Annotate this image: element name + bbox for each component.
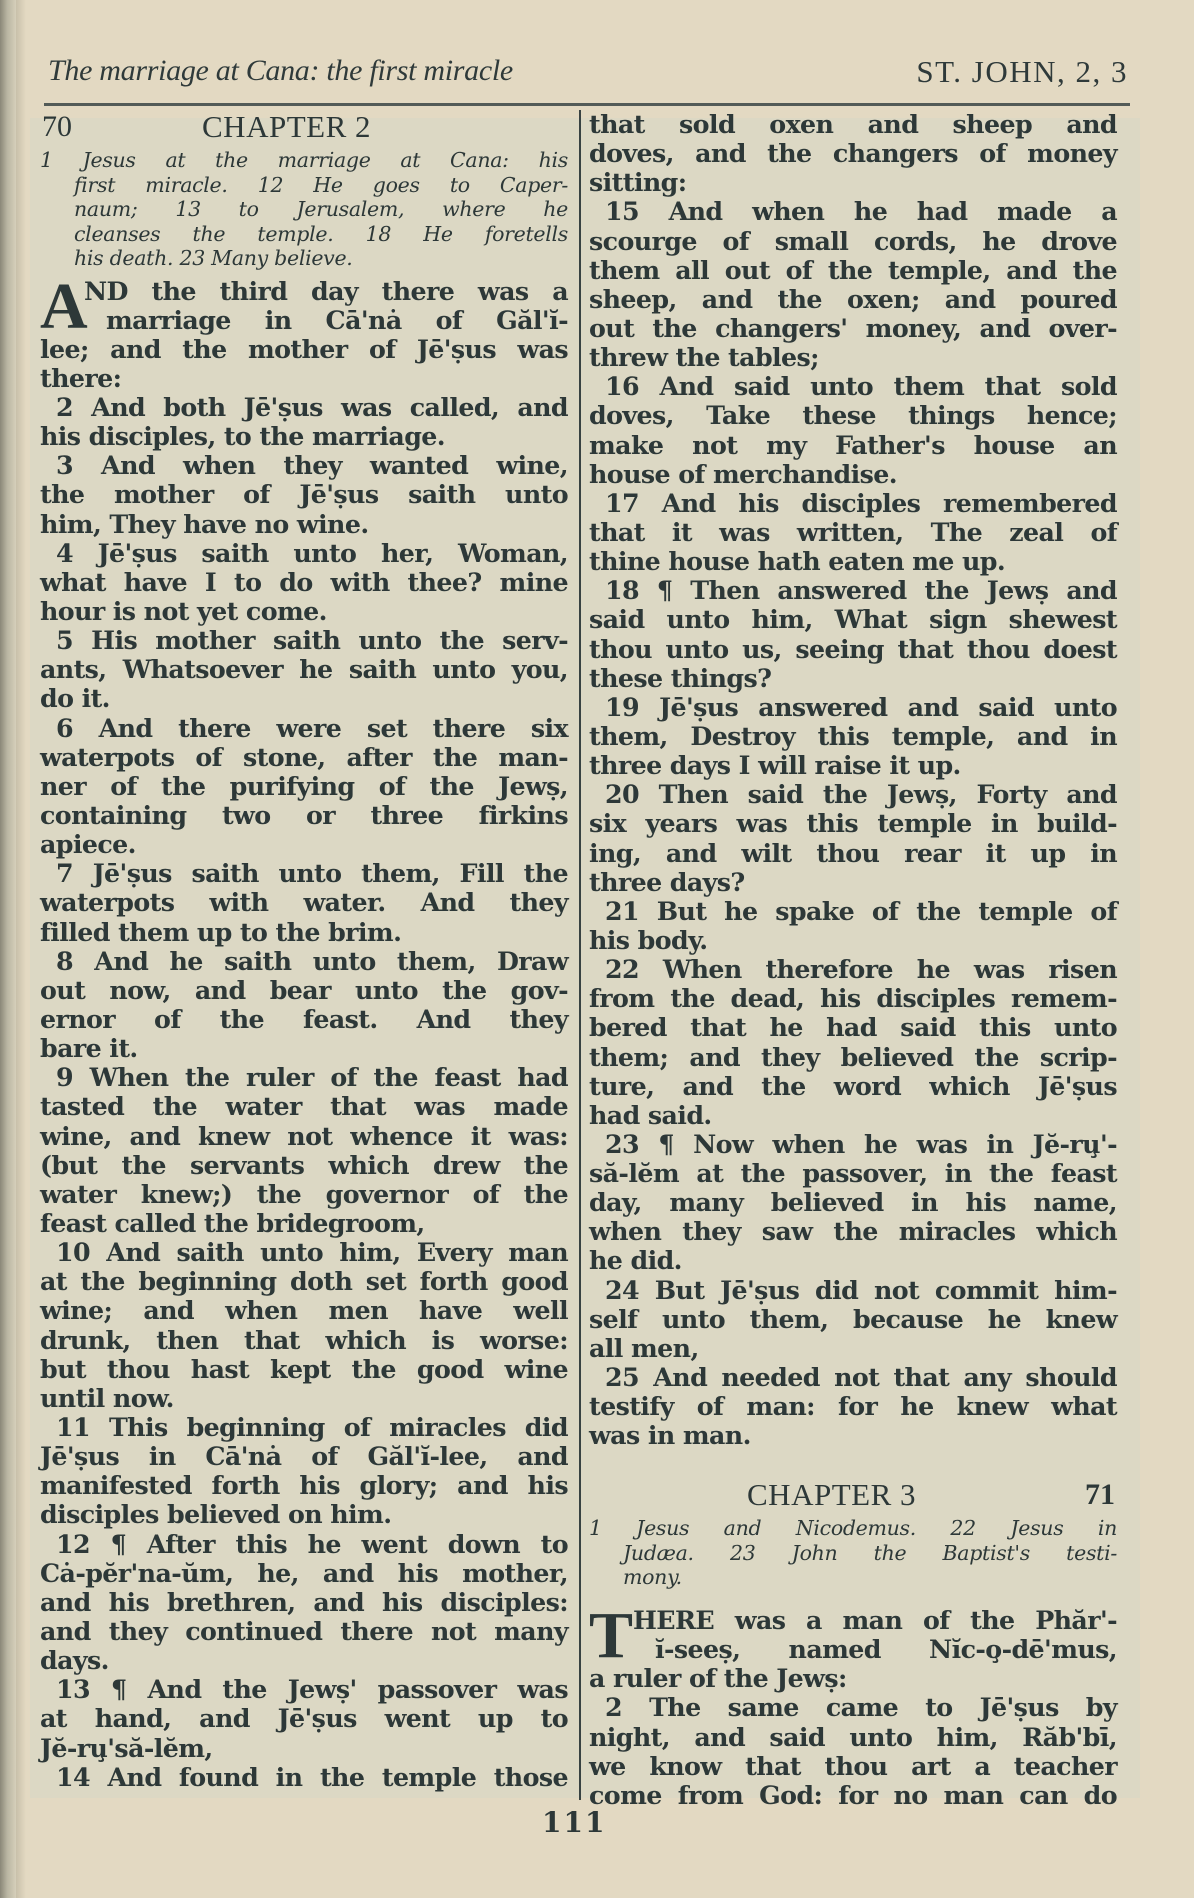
chapter-ordinal: 70 — [42, 112, 72, 141]
summary-line: first miracle. 12 He goes to Caper- — [40, 173, 568, 198]
verse-line: doves, and the changers of money — [589, 139, 1117, 168]
verse-line: 14 And found in the temple those — [40, 1763, 568, 1792]
verse-line: 24 But Jē'ṣus did not commit him- — [589, 1276, 1117, 1305]
verse-line: what have I to do with thee? mine — [40, 568, 568, 597]
verse-line: wine; and when men have well — [40, 1296, 568, 1325]
verse-line: ernor of the feast. And they — [40, 1005, 568, 1034]
verse-line: ner of the purifying of the Jewṣ, — [40, 772, 568, 801]
summary-line: mony. — [589, 1565, 1117, 1590]
verse-line: that sold oxen and sheep and — [589, 110, 1117, 139]
verse-line: 8 And he saith unto them, Draw — [40, 947, 568, 976]
running-head: The marriage at Cana: the first miracle … — [48, 54, 1128, 98]
verse-line: all men, — [589, 1334, 1117, 1363]
chapter-title: CHAPTER 3 — [747, 1480, 916, 1509]
verse-line: 3 And when they wanted wine, — [40, 451, 568, 480]
verse-line: day, many believed in his name, — [589, 1188, 1117, 1217]
verse-text: that sold oxen and sheep and doves, and … — [589, 110, 1117, 1450]
verse-line: ture, and the word which Jē'ṣus — [589, 1072, 1117, 1101]
verse-line: 10 And saith unto him, Every man — [40, 1238, 568, 1267]
verse-line: them; and they believed the scrip- — [589, 1043, 1117, 1072]
page-number: 111 — [542, 1806, 606, 1839]
verse-line: waterpots with water. And they — [40, 888, 568, 917]
verse-line: thou unto us, seeing that thou doest — [589, 635, 1117, 664]
verse-line: wine, and knew not whence it was: — [40, 1122, 568, 1151]
verse-line: 25 And needed not that any should — [589, 1363, 1117, 1392]
verse-line: make not my Father's house an — [589, 431, 1117, 460]
column-divider — [579, 110, 581, 1800]
verse-line: lee; and the mother of Jē'ṣus was — [40, 335, 568, 364]
verse-line: there: — [40, 364, 568, 393]
verse-line: house of merchandise. — [589, 460, 1117, 489]
verse-line: six years was this temple in build- — [589, 809, 1117, 838]
verse-line: three days I will raise it up. — [589, 751, 1117, 780]
verse-line: ing, and wilt thou rear it up in — [589, 839, 1117, 868]
verse-line: when they saw the miracles which — [589, 1217, 1117, 1246]
verse-line: 4 Jē'ṣus saith unto her, Woman, — [40, 539, 568, 568]
verse-line: thine house hath eaten me up. — [589, 547, 1117, 576]
verse-line: and they continued there not many — [40, 1617, 568, 1646]
verse-line: threw the tables; — [589, 343, 1117, 372]
verse-line: containing two or three firkins — [40, 801, 568, 830]
verse-line: 11 This beginning of miracles did — [40, 1413, 568, 1442]
verse-line: marriage in Cā'nȧ of Găl'ĭ- — [40, 306, 568, 335]
verse-line: Cȧ-pĕr'na-ŭm, he, and his mother, — [40, 1559, 568, 1588]
verse-line: out now, and bear unto the gov- — [40, 976, 568, 1005]
verse-line: 22 When therefore he was risen — [589, 955, 1117, 984]
summary-line: 1 Jesus at the marriage at Cana: his — [40, 148, 568, 173]
verse-line: ĭ-seeṣ, named Nĭc-o̧-dē'mus, — [589, 1635, 1117, 1664]
verse-line: his disciples, to the marriage. — [40, 422, 568, 451]
verse-line: come from God: for no man can do — [589, 1781, 1117, 1810]
verse-line: 18 ¶ Then answered the Jewṣ and — [589, 576, 1117, 605]
verse-line: self unto them, because he knew — [589, 1305, 1117, 1334]
chapter-3-heading: CHAPTER 3 71 — [589, 1480, 1117, 1516]
verse-line: at the beginning doth set forth good — [40, 1267, 568, 1296]
verse-line: să-lĕm at the passover, in the feast — [589, 1159, 1117, 1188]
verse-line: out the changers' money, and over- — [589, 314, 1117, 343]
chapter-ordinal: 71 — [1085, 1480, 1115, 1509]
chapter-2-summary: 1 Jesus at the marriage at Cana: his fir… — [40, 148, 568, 271]
verse-line: and his brethren, and his disciples: — [40, 1588, 568, 1617]
summary-line: his death. 23 Many believe. — [40, 246, 568, 271]
verse-line: sheep, and the oxen; and poured — [589, 285, 1117, 314]
verse-line: bare it. — [40, 1034, 568, 1063]
verse-line: 19 Jē'ṣus answered and said unto — [589, 693, 1117, 722]
verse-line: hour is not yet come. — [40, 597, 568, 626]
verse-line: doves, Take these things hence; — [589, 401, 1117, 430]
verse-line: but thou hast kept the good wine — [40, 1355, 568, 1384]
verse-line: apiece. — [40, 830, 568, 859]
right-column: that sold oxen and sheep and doves, and … — [589, 110, 1117, 1810]
verse-line: a ruler of the Jewṣ: — [589, 1664, 1117, 1693]
chapter-2-opening: A ND the third day there was a marriage … — [40, 277, 568, 335]
verse-line: 17 And his disciples remembered — [589, 489, 1117, 518]
gutter-shadow — [16, 0, 26, 1898]
verse-line: these things? — [589, 664, 1117, 693]
verse-line: scourge of small cords, he drove — [589, 227, 1117, 256]
verse-line: drunk, then that which is worse: — [40, 1326, 568, 1355]
verse-line: him, They have no wine. — [40, 510, 568, 539]
verse-line: said unto him, What sign shewest — [589, 605, 1117, 634]
summary-line: 1 Jesus and Nicodemus. 22 Jesus in — [589, 1516, 1117, 1541]
verse-line: feast called the bridegroom, — [40, 1209, 568, 1238]
verse-line: manifested forth his glory; and his — [40, 1471, 568, 1500]
verse-line: them all out of the temple, and the — [589, 256, 1117, 285]
verse-line: 9 When the ruler of the feast had — [40, 1063, 568, 1092]
verse-line: 5 His mother saith unto the serv- — [40, 626, 568, 655]
verse-line: 2 The same came to Jē'ṣus by — [589, 1693, 1117, 1722]
verse-line: do it. — [40, 684, 568, 713]
chapter-gap — [589, 1450, 1117, 1478]
verse-line: 20 Then said the Jewṣ, Forty and — [589, 780, 1117, 809]
verse-line: 23 ¶ Now when he was in Jĕ-ru̧'- — [589, 1130, 1117, 1159]
verse-line: was in man. — [589, 1421, 1117, 1450]
drop-cap: T — [589, 1608, 632, 1664]
verse-line: at hand, and Jē'ṣus went up to — [40, 1704, 568, 1733]
verse-line: Jē'ṣus in Cā'nȧ of Găl'ĭ-lee, and — [40, 1442, 568, 1471]
chapter-3-summary: 1 Jesus and Nicodemus. 22 Jesus in Judæa… — [589, 1516, 1117, 1590]
running-head-book-reference: ST. JOHN, 2, 3 — [916, 54, 1128, 90]
summary-line: cleanses the temple. 18 He foretells — [40, 222, 568, 247]
chapter-2-heading: 70 CHAPTER 2 — [40, 112, 568, 148]
verse-line: three days? — [589, 868, 1117, 897]
verse-line: Jĕ-ru̧'să-lĕm, — [40, 1734, 568, 1763]
verse-line: sitting: — [589, 168, 1117, 197]
drop-cap: A — [40, 279, 87, 335]
running-head-topic: The marriage at Cana: the first miracle — [48, 54, 513, 88]
verse-line: days. — [40, 1646, 568, 1675]
verse-line: disciples believed on him. — [40, 1500, 568, 1529]
verse-line: water knew;) the governor of the — [40, 1180, 568, 1209]
verse-line: ND the third day there was a — [40, 277, 568, 306]
verse-line: 16 And said unto them that sold — [589, 372, 1117, 401]
verse-line: until now. — [40, 1384, 568, 1413]
verse-line: waterpots of stone, after the man- — [40, 743, 568, 772]
verse-line: 6 And there were set there six — [40, 714, 568, 743]
verse-line: the mother of Jē'ṣus saith unto — [40, 480, 568, 509]
verse-line: from the dead, his disciples remem- — [589, 984, 1117, 1013]
header-rule — [44, 103, 1130, 106]
verse-line: (but the servants which drew the — [40, 1151, 568, 1180]
verse-text: a ruler of the Jewṣ: 2 The same came to … — [589, 1664, 1117, 1810]
verse-line: we know that thou art a teacher — [589, 1752, 1117, 1781]
verse-line: had said. — [589, 1101, 1117, 1130]
verse-line: 7 Jē'ṣus saith unto them, Fill the — [40, 859, 568, 888]
left-column: 70 CHAPTER 2 1 Jesus at the marriage at … — [40, 110, 568, 1792]
verse-line: ants, Whatsoever he saith unto you, — [40, 655, 568, 684]
verse-line: tasted the water that was made — [40, 1092, 568, 1121]
verse-line: them, Destroy this temple, and in — [589, 722, 1117, 751]
verse-line: he did. — [589, 1246, 1117, 1275]
verse-line: bered that he had said this unto — [589, 1013, 1117, 1042]
verse-line: his body. — [589, 926, 1117, 955]
summary-line: Judæa. 23 John the Baptist's testi- — [589, 1541, 1117, 1566]
verse-line: 13 ¶ And the Jewṣ' passover was — [40, 1675, 568, 1704]
verse-line: night, and said unto him, Răb'bī, — [589, 1723, 1117, 1752]
verse-line: that it was written, The zeal of — [589, 518, 1117, 547]
verse-line: HERE was a man of the Phăr'- — [589, 1606, 1117, 1635]
book-spine-shadow — [0, 0, 16, 1898]
verse-line: 2 And both Jē'ṣus was called, and — [40, 393, 568, 422]
verse-line: 15 And when he had made a — [589, 197, 1117, 226]
summary-line: naum; 13 to Jerusalem, where he — [40, 197, 568, 222]
verse-line: 21 But he spake of the temple of — [589, 897, 1117, 926]
verse-text: lee; and the mother of Jē'ṣus was there:… — [40, 335, 568, 1792]
chapter-3-opening: T HERE was a man of the Phăr'- ĭ-seeṣ, n… — [589, 1606, 1117, 1664]
verse-line: 12 ¶ After this he went down to — [40, 1530, 568, 1559]
chapter-title: CHAPTER 2 — [202, 112, 371, 141]
verse-line: testify of man: for he knew what — [589, 1392, 1117, 1421]
verse-line: filled them up to the brim. — [40, 918, 568, 947]
